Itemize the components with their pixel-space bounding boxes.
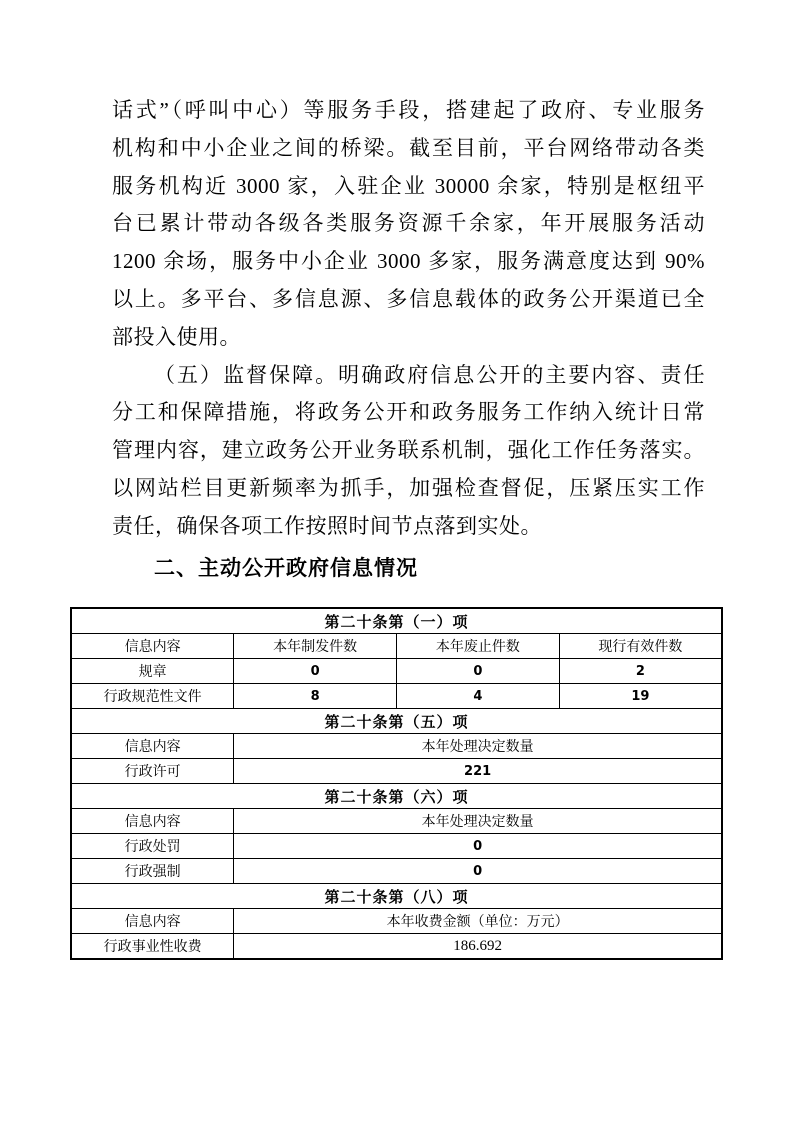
text-line: 部投入使用。 <box>112 319 705 357</box>
section8-title: 第二十条第（八）项 <box>71 884 722 909</box>
table-row: 规章 0 0 2 <box>71 659 722 684</box>
text-line: 以上。多平台、多信息源、多信息载体的政务公开渠道已全 <box>112 281 705 319</box>
row-label: 行政规范性文件 <box>71 684 234 709</box>
section-title-row: 第二十条第（五）项 <box>71 709 722 734</box>
column-header: 本年处理决定数量 <box>234 734 722 759</box>
section-title-row: 第二十条第（六）项 <box>71 784 722 809</box>
data-cell: 0 <box>234 859 722 884</box>
section5-title: 第二十条第（五）项 <box>71 709 722 734</box>
data-cell: 0 <box>234 834 722 859</box>
text-line: 台已累计带动各级各类服务资源千余家，年开展服务活动 <box>112 205 705 243</box>
data-cell: 4 <box>397 684 560 709</box>
column-header: 本年制发件数 <box>234 634 397 659</box>
text-line: 话式”（呼叫中心）等服务手段，搭建起了政府、专业服务 <box>112 92 705 130</box>
section6-title: 第二十条第（六）项 <box>71 784 722 809</box>
section-title-row: 第二十条第（一）项 <box>71 608 722 634</box>
document-page: 话式”（呼叫中心）等服务手段，搭建起了政府、专业服务 机构和中小企业之间的桥梁。… <box>0 0 793 1122</box>
column-header: 本年收费金额（单位：万元） <box>234 909 722 934</box>
table-row: 行政事业性收费 186.692 <box>71 934 722 960</box>
column-header: 本年废止件数 <box>397 634 560 659</box>
column-header: 信息内容 <box>71 809 234 834</box>
data-cell: 19 <box>559 684 722 709</box>
data-cell: 0 <box>234 659 397 684</box>
section1-title: 第二十条第（一）项 <box>71 608 722 634</box>
text-line: 服务机构近 3000 家，入驻企业 30000 余家，特别是枢纽平 <box>112 168 705 206</box>
column-header-row: 信息内容 本年收费金额（单位：万元） <box>71 909 722 934</box>
column-header-row: 信息内容 本年制发件数 本年废止件数 现行有效件数 <box>71 634 722 659</box>
row-label: 行政许可 <box>71 759 234 784</box>
row-label: 行政强制 <box>71 859 234 884</box>
disclosure-table: 第二十条第（一）项 信息内容 本年制发件数 本年废止件数 现行有效件数 规章 0… <box>70 607 723 960</box>
data-cell: 0 <box>397 659 560 684</box>
column-header: 信息内容 <box>71 734 234 759</box>
column-header: 信息内容 <box>71 634 234 659</box>
table-row: 行政处罚 0 <box>71 834 722 859</box>
body-text: 话式”（呼叫中心）等服务手段，搭建起了政府、专业服务 机构和中小企业之间的桥梁。… <box>112 92 705 588</box>
paragraph-supervision-guarantee: （五）监督保障。明确政府信息公开的主要内容、责任 分工和保障措施，将政务公开和政… <box>112 357 705 546</box>
text-line: 以网站栏目更新频率为抓手，加强检查督促，压紧压实工作 <box>112 470 705 508</box>
data-cell: 2 <box>559 659 722 684</box>
text-line: 机构和中小企业之间的桥梁。截至目前，平台网络带动各类 <box>112 130 705 168</box>
data-cell: 221 <box>234 759 722 784</box>
column-header: 信息内容 <box>71 909 234 934</box>
data-cell: 186.692 <box>234 934 722 960</box>
section-title-row: 第二十条第（八）项 <box>71 884 722 909</box>
row-label: 行政事业性收费 <box>71 934 234 960</box>
text-line: 管理内容，建立政务公开业务联系机制，强化工作任务落实。 <box>112 432 705 470</box>
row-label: 规章 <box>71 659 234 684</box>
paragraph-platform-services: 话式”（呼叫中心）等服务手段，搭建起了政府、专业服务 机构和中小企业之间的桥梁。… <box>112 92 705 357</box>
data-cell: 8 <box>234 684 397 709</box>
column-header-row: 信息内容 本年处理决定数量 <box>71 809 722 834</box>
text-line: （五）监督保障。明确政府信息公开的主要内容、责任 <box>112 357 705 395</box>
section-heading: 二、主动公开政府信息情况 <box>112 550 705 588</box>
table-row: 行政规范性文件 8 4 19 <box>71 684 722 709</box>
text-line: 责任，确保各项工作按照时间节点落到实处。 <box>112 508 705 546</box>
row-label: 行政处罚 <box>71 834 234 859</box>
text-line: 分工和保障措施，将政务公开和政务服务工作纳入统计日常 <box>112 394 705 432</box>
column-header: 本年处理决定数量 <box>234 809 722 834</box>
table-row: 行政强制 0 <box>71 859 722 884</box>
column-header: 现行有效件数 <box>559 634 722 659</box>
text-line: 1200 余场，服务中小企业 3000 多家，服务满意度达到 90% <box>112 243 705 281</box>
column-header-row: 信息内容 本年处理决定数量 <box>71 734 722 759</box>
table-row: 行政许可 221 <box>71 759 722 784</box>
